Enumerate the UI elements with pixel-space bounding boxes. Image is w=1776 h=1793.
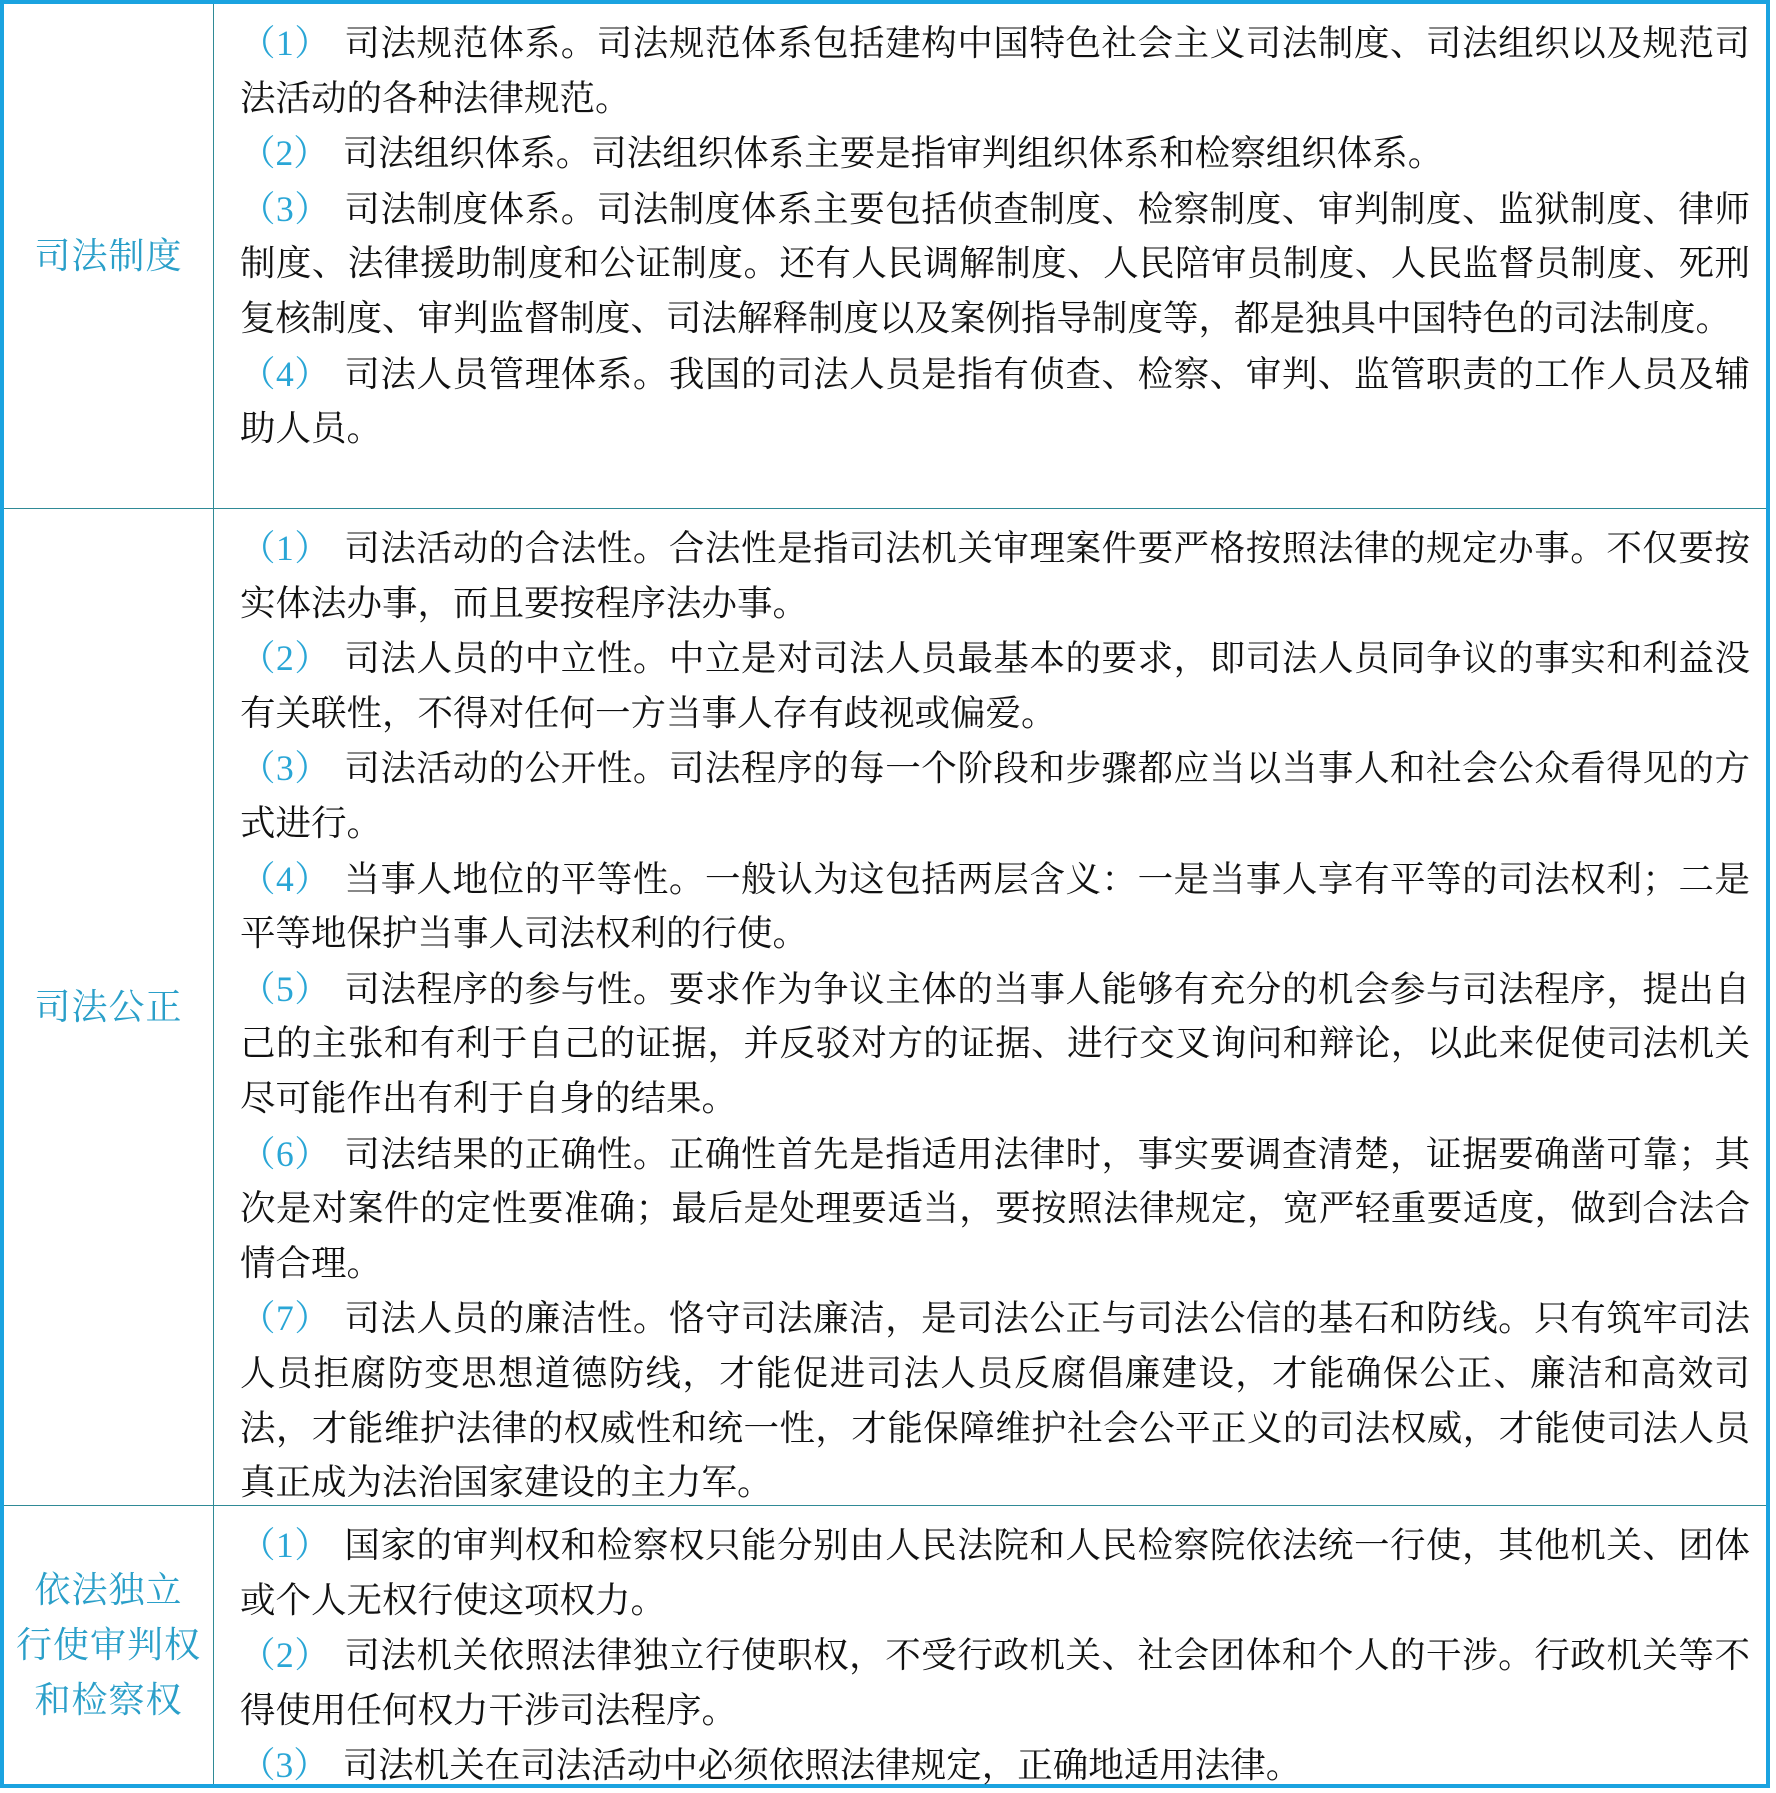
row-label-cell: 司法制度 (4, 4, 214, 508)
item-text: 司法组织体系。司法组织体系主要是指审判组织体系和检察组织体系。 (343, 133, 1444, 174)
list-item: （2）司法人员的中立性。中立是对司法人员最基本的要求，即司法人员同争议的事实和利… (240, 631, 1750, 741)
item-number: （3） (240, 748, 330, 788)
list-item: （1）司法活动的合法性。合法性是指司法机关审理案件要严格按照法律的规定办事。不仅… (240, 521, 1750, 631)
item-text: 司法程序的参与性。要求作为争议主体的当事人能够有充分的机会参与司法程序，提出自己… (240, 969, 1750, 1119)
item-number: （4） (240, 859, 330, 899)
item-number: （4） (240, 354, 330, 394)
list-item: （6）司法结果的正确性。正确性首先是指适用法律时，事实要调查清楚，证据要确凿可靠… (240, 1127, 1750, 1292)
list-item: （1）司法规范体系。司法规范体系包括建构中国特色社会主义司法制度、司法组织以及规… (240, 16, 1750, 126)
row-content-cell: （1）国家的审判权和检察权只能分别由人民法院和人民检察院依法统一行使，其他机关、… (218, 1506, 1766, 1784)
row-content-cell: （1）司法活动的合法性。合法性是指司法机关审理案件要严格按照法律的规定办事。不仅… (218, 509, 1766, 1505)
row-content-cell: （1）司法规范体系。司法规范体系包括建构中国特色社会主义司法制度、司法组织以及规… (218, 4, 1766, 508)
list-item: （1）国家的审判权和检察权只能分别由人民法院和人民检察院依法统一行使，其他机关、… (240, 1518, 1750, 1628)
table-row-judicial-justice: 司法公正 （1）司法活动的合法性。合法性是指司法机关审理案件要严格按照法律的规定… (4, 509, 1766, 1506)
item-number: （1） (240, 528, 330, 568)
list-item: （3）司法制度体系。司法制度体系主要包括侦查制度、检察制度、审判制度、监狱制度、… (240, 182, 1750, 347)
row-label-cell: 依法独立 行使审判权 和检察权 (4, 1506, 214, 1784)
item-number: （3） (240, 189, 330, 229)
item-text: 司法结果的正确性。正确性首先是指适用法律时，事实要调查清楚，证据要确凿可靠；其次… (240, 1134, 1750, 1284)
item-text: 司法人员的中立性。中立是对司法人员最基本的要求，即司法人员同争议的事实和利益没有… (240, 638, 1750, 734)
table-row-judicial-system: 司法制度 （1）司法规范体系。司法规范体系包括建构中国特色社会主义司法制度、司法… (4, 4, 1766, 509)
item-text: 司法规范体系。司法规范体系包括建构中国特色社会主义司法制度、司法组织以及规范司法… (240, 23, 1750, 119)
list-item: （7）司法人员的廉洁性。恪守司法廉洁，是司法公正与司法公信的基石和防线。只有筑牢… (240, 1291, 1750, 1510)
item-text: 国家的审判权和检察权只能分别由人民法院和人民检察院依法统一行使，其他机关、团体或… (240, 1525, 1750, 1621)
list-item: （2）司法机关依照法律独立行使职权，不受行政机关、社会团体和个人的干涉。行政机关… (240, 1628, 1750, 1738)
item-text: 司法活动的合法性。合法性是指司法机关审理案件要严格按照法律的规定办事。不仅要按实… (240, 528, 1750, 624)
item-text: 司法人员的廉洁性。恪守司法廉洁，是司法公正与司法公信的基石和防线。只有筑牢司法人… (240, 1298, 1750, 1503)
list-item: （2）司法组织体系。司法组织体系主要是指审判组织体系和检察组织体系。 (240, 126, 1750, 182)
item-text: 司法人员管理体系。我国的司法人员是指有侦查、检察、审判、监管职责的工作人员及辅助… (240, 354, 1750, 450)
item-text: 当事人地位的平等性。一般认为这包括两层含义：一是当事人享有平等的司法权利；二是平… (240, 859, 1750, 955)
item-text: 司法机关在司法活动中必须依照法律规定，正确地适用法律。 (343, 1745, 1302, 1786)
row-label: 司法制度 (34, 229, 182, 284)
list-item: （4）当事人地位的平等性。一般认为这包括两层含义：一是当事人享有平等的司法权利；… (240, 852, 1750, 962)
row-label-line: 和检察权 (16, 1673, 201, 1728)
row-label-line: 行使审判权 (16, 1618, 201, 1673)
item-number: （2） (240, 638, 330, 678)
item-number: （2） (240, 133, 329, 173)
list-item: （5）司法程序的参与性。要求作为争议主体的当事人能够有充分的机会参与司法程序，提… (240, 962, 1750, 1127)
list-item: （4）司法人员管理体系。我国的司法人员是指有侦查、检察、审判、监管职责的工作人员… (240, 347, 1750, 457)
table-row-independent-exercise: 依法独立 行使审判权 和检察权 （1）国家的审判权和检察权只能分别由人民法院和人… (4, 1506, 1766, 1784)
item-number: （1） (240, 1525, 330, 1565)
row-label-cell: 司法公正 (4, 509, 214, 1505)
list-item: （3）司法活动的公开性。司法程序的每一个阶段和步骤都应当以当事人和社会公众看得见… (240, 741, 1750, 851)
row-label: 司法公正 (34, 980, 182, 1035)
list-item: （3）司法机关在司法活动中必须依照法律规定，正确地适用法律。 (240, 1738, 1750, 1793)
item-number: （5） (240, 969, 330, 1009)
item-number: （1） (240, 23, 330, 63)
judicial-system-table: 司法制度 （1）司法规范体系。司法规范体系包括建构中国特色社会主义司法制度、司法… (0, 0, 1770, 1788)
item-number: （3） (240, 1745, 329, 1785)
item-number: （2） (240, 1635, 330, 1675)
item-text: 司法机关依照法律独立行使职权，不受行政机关、社会团体和个人的干涉。行政机关等不得… (240, 1635, 1750, 1731)
item-text: 司法活动的公开性。司法程序的每一个阶段和步骤都应当以当事人和社会公众看得见的方式… (240, 748, 1750, 844)
item-number: （7） (240, 1298, 330, 1338)
row-label: 依法独立 行使审判权 和检察权 (16, 1563, 201, 1728)
item-number: （6） (240, 1134, 330, 1174)
item-text: 司法制度体系。司法制度体系主要包括侦查制度、检察制度、审判制度、监狱制度、律师制… (240, 189, 1750, 339)
row-label-line: 依法独立 (16, 1563, 201, 1618)
